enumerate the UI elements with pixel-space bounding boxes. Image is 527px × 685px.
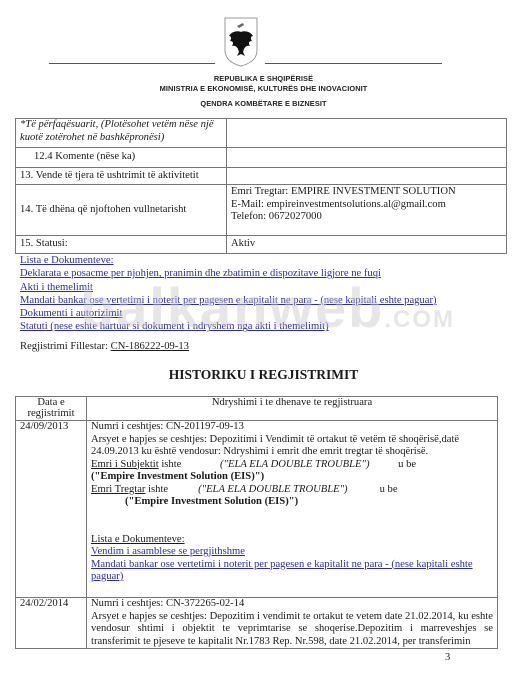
document-link[interactable]: Deklarata e posacme per njohjen, pranimi…	[20, 267, 437, 280]
row-label-status: 15. Statusi:	[16, 236, 227, 254]
phone: Telefon: 0672027000	[231, 211, 502, 224]
new-value: ("Empire Investment Solution (EIS)")	[91, 471, 493, 484]
document-link[interactable]: Statuti (nese eshte hartuar si dokument …	[20, 320, 437, 333]
table-row: *Të përfaqësuarit, (Plotësohet vetëm nës…	[16, 119, 507, 148]
field-subject-name: Emri i Subjektit	[91, 459, 159, 470]
table-header-row: Data e regjistrimit Ndryshimi i te dhena…	[16, 397, 498, 421]
row-value-comments	[227, 148, 507, 168]
col-header-date-text: Data e regjistrimit	[27, 397, 74, 419]
email: E-Mail: empireinvestmentsolutions.al@gma…	[231, 199, 502, 212]
details-table: *Të përfaqësuarit, (Plotësohet vetëm nës…	[15, 118, 507, 254]
albania-coat-of-arms-icon	[223, 16, 259, 68]
new-value: ("Empire Investment Solution (EIS)")	[125, 496, 298, 509]
header-rule-right	[265, 63, 442, 64]
entry-date: 24/09/2013	[16, 421, 87, 598]
case-reason: Arsyet e hapjes se ceshtjes: Depozitimi …	[91, 434, 493, 459]
field-trade-name: Emri Tregtar	[91, 484, 145, 497]
document-link[interactable]: Mandati bankar ose vertetimi i noterit p…	[20, 294, 437, 307]
trade-name: Emri Tregtar: EMPIRE INVESTMENT SOLUTION	[231, 186, 502, 199]
case-number: Numri i ceshtjes: CN-201197-09-13	[91, 421, 493, 434]
row-label-voluntary-data: 14. Të dhëna që njoftohen vullnetarisht	[16, 185, 227, 236]
entry-document-link[interactable]: Vendim i asamblese se pergjithshme	[91, 546, 493, 559]
row-value-representatives	[227, 119, 507, 148]
entry-changes: Numri i ceshtjes: CN-372265-02-14 Arsyet…	[87, 598, 498, 649]
history-title: HISTORIKU I REGJISTRIMIT	[0, 367, 527, 383]
document-link[interactable]: Dokumenti i autorizimit	[20, 307, 437, 320]
was-text: ishte	[148, 484, 168, 497]
col-header-changes: Ndryshimi i te dhenave te regjistruara	[87, 397, 498, 421]
status-value: Aktiv	[227, 236, 507, 254]
page-number: 3	[445, 652, 450, 663]
case-number: Numri i ceshtjes: CN-372265-02-14	[91, 598, 493, 611]
header-republic: REPUBLIKA E SHQIPËRISË	[0, 74, 527, 83]
row-value-voluntary-data: Emri Tregtar: EMPIRE INVESTMENT SOLUTION…	[227, 185, 507, 236]
initial-registration-number: CN-186222-09-13	[111, 341, 189, 352]
entry-changes: Numri i ceshtjes: CN-201197-09-13 Arsyet…	[87, 421, 498, 598]
became-text: u be	[398, 459, 416, 470]
table-row: 24/02/2014 Numri i ceshtjes: CN-372265-0…	[16, 598, 498, 649]
documents-list: Lista e Dokumenteve: Deklarata e posacme…	[20, 254, 437, 334]
initial-registration-label: Regjistrimi Fillestar:	[20, 341, 108, 352]
change-subject-name: Emri i Subjektit ishte ("ELA ELA DOUBLE …	[91, 459, 493, 484]
history-table: Data e regjistrimit Ndryshimi i te dhena…	[15, 396, 498, 649]
table-row: 13. Vende të tjera të ushtrimit të aktiv…	[16, 168, 507, 185]
table-row: 14. Të dhëna që njoftohen vullnetarisht …	[16, 185, 507, 236]
became-text: u be	[380, 484, 398, 497]
case-reason: Arsyet e hapjes se ceshtjes: Depozitim i…	[91, 611, 493, 649]
row-label-comments: 12.4 Komente (nëse ka)	[16, 148, 227, 168]
row-value-other-locations	[227, 168, 507, 185]
initial-registration: Regjistrimi Fillestar: CN-186222-09-13	[20, 341, 189, 352]
entry-document-link[interactable]: Mandati bankar ose vertetimi i noterit p…	[91, 559, 493, 584]
header-center: QENDRA KOMBËTARE E BIZNESIT	[0, 99, 527, 108]
table-row: 24/09/2013 Numri i ceshtjes: CN-201197-0…	[16, 421, 498, 598]
comments-label: 12.4 Komente (nëse ka)	[34, 151, 135, 162]
table-row: 12.4 Komente (nëse ka)	[16, 148, 507, 168]
row-label-other-locations: 13. Vende të tjera të ushtrimit të aktiv…	[16, 168, 227, 185]
header-rule-left	[49, 63, 215, 64]
document-link[interactable]: Akti i themelimit	[20, 281, 437, 294]
entry-date: 24/02/2014	[16, 598, 87, 649]
col-header-date: Data e regjistrimit	[16, 397, 87, 421]
documents-heading-link[interactable]: Lista e Dokumenteve:	[20, 254, 437, 267]
table-row: 15. Statusi: Aktiv	[16, 236, 507, 254]
header-ministry: MINISTRIA E EKONOMISË, KULTURËS DHE INOV…	[0, 84, 527, 93]
entry-docs-heading: Lista e Dokumenteve:	[91, 534, 493, 547]
row-label-representatives: *Të përfaqësuarit, (Plotësohet vetëm nës…	[16, 119, 227, 148]
old-value: ("ELA ELA DOUBLE TROUBLE")	[220, 459, 369, 470]
change-trade-name: Emri Tregtar ishte ("ELA ELA DOUBLE TROU…	[91, 484, 493, 509]
was-text: ishte	[161, 459, 181, 470]
old-value: ("ELA ELA DOUBLE TROUBLE")	[198, 484, 347, 497]
